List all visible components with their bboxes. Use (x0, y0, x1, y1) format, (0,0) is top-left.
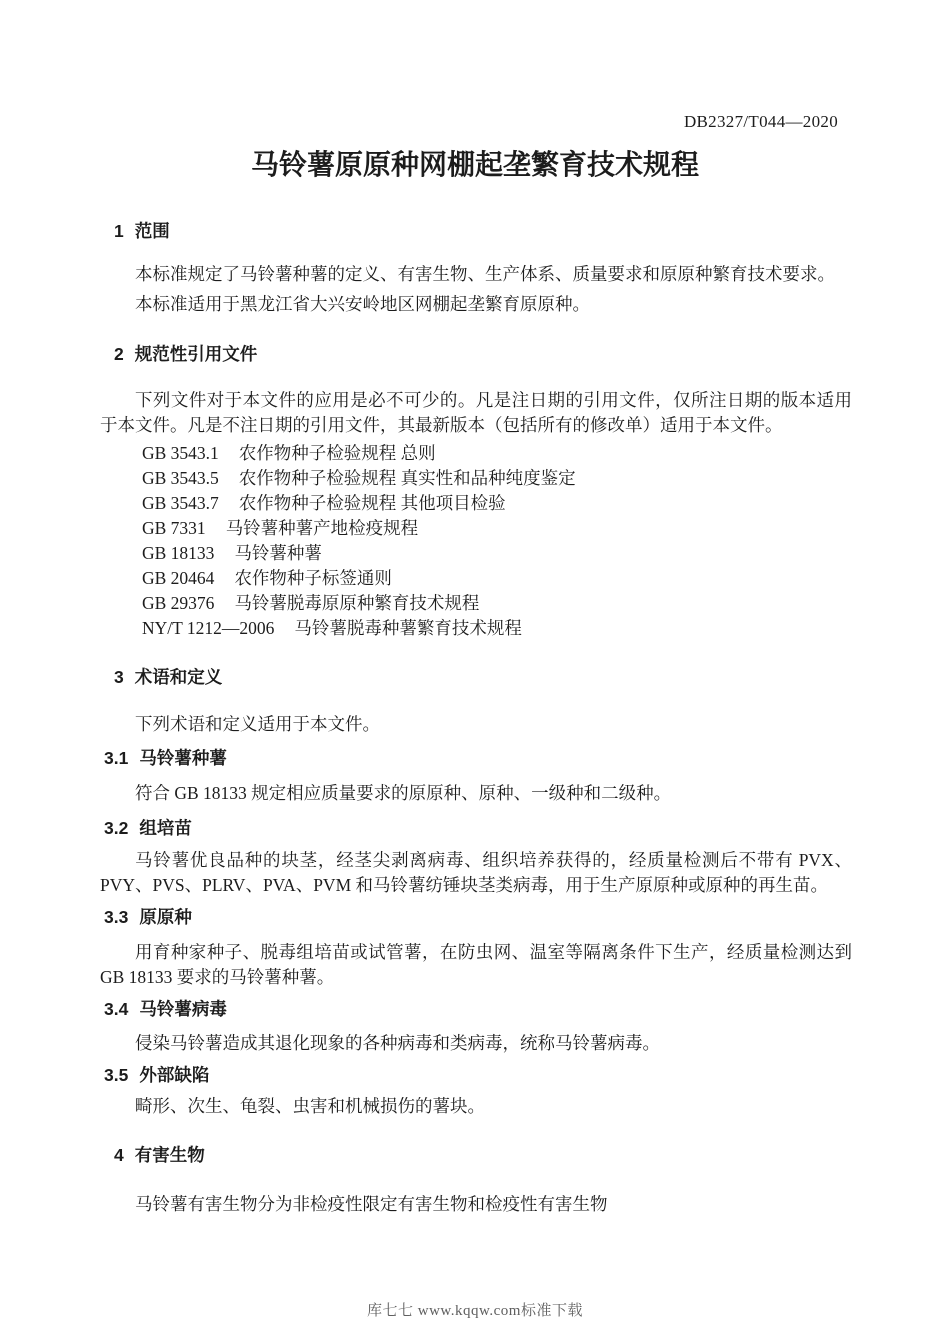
paragraph: 马铃薯优良品种的块茎，经茎尖剥离病毒、组织培养获得的，经质量检测后不带有 PVX… (100, 848, 852, 898)
reference-title: 农作物种子检验规程 真实性和品种纯度鉴定 (239, 468, 576, 488)
reference-item: GB 29376马铃薯脱毒原原种繁育技术规程 (142, 592, 479, 614)
section-3-heading: 3 术语和定义 (114, 666, 222, 689)
paragraph: 用育种家种子、脱毒组培苗或试管薯，在防虫网、温室等隔离条件下生产，经质量检测达到… (100, 940, 852, 990)
section-4-heading: 4 有害生物 (114, 1144, 205, 1167)
reference-code: GB 20464 (142, 568, 214, 588)
paragraph: 下列术语和定义适用于本文件。 (100, 712, 852, 737)
paragraph: 马铃薯有害生物分为非检疫性限定有害生物和检疫性有害生物 (100, 1192, 852, 1217)
section-3-4-heading: 3.4 马铃薯病毒 (104, 998, 227, 1021)
section-3-5-heading: 3.5 外部缺陷 (104, 1064, 209, 1087)
section-3-3-heading: 3.3 原原种 (104, 906, 192, 929)
reference-code: GB 29376 (142, 593, 214, 613)
section-title: 马铃薯病毒 (139, 998, 227, 1021)
page-title: 马铃薯原原种网棚起垄繁育技术规程 (0, 147, 950, 183)
reference-code: GB 18133 (142, 543, 214, 563)
reference-item: NY/T 1212—2006马铃薯脱毒种薯繁育技术规程 (142, 617, 522, 639)
paragraph: 下列文件对于本文件的应用是必不可少的。凡是注日期的引用文件，仅所注日期的版本适用… (100, 388, 852, 438)
section-3-2-heading: 3.2 组培苗 (104, 817, 192, 840)
section-number: 2 (114, 343, 124, 366)
watermark-footer: 库七七 www.kqqw.com标准下载 (0, 1299, 950, 1320)
doc-code: DB2327/T044—2020 (684, 112, 838, 132)
section-number: 4 (114, 1144, 124, 1167)
reference-title: 农作物种子检验规程 总则 (239, 443, 436, 463)
section-title: 外部缺陷 (139, 1064, 209, 1087)
section-number: 3.5 (104, 1064, 128, 1087)
reference-item: GB 20464农作物种子标签通则 (142, 567, 392, 589)
reference-code: GB 3543.7 (142, 493, 219, 513)
reference-title: 马铃薯脱毒种薯繁育技术规程 (294, 618, 522, 638)
section-2-heading: 2 规范性引用文件 (114, 343, 257, 366)
section-title: 范围 (135, 220, 170, 243)
reference-title: 马铃薯种薯 (234, 543, 322, 563)
paragraph: 畸形、次生、龟裂、虫害和机械损伤的薯块。 (100, 1094, 852, 1119)
reference-title: 马铃薯种薯产地检疫规程 (226, 518, 419, 538)
section-title: 规范性引用文件 (135, 343, 258, 366)
section-number: 1 (114, 220, 124, 243)
reference-code: GB 3543.5 (142, 468, 219, 488)
section-1-heading: 1 范围 (114, 220, 170, 243)
paragraph: 本标准适用于黑龙江省大兴安岭地区网棚起垄繁育原原种。 (100, 292, 852, 317)
paragraph: 符合 GB 18133 规定相应质量要求的原原种、原种、一级种和二级种。 (100, 781, 852, 806)
reference-code: GB 7331 (142, 518, 206, 538)
section-number: 3 (114, 666, 124, 689)
reference-item: GB 3543.5农作物种子检验规程 真实性和品种纯度鉴定 (142, 467, 576, 489)
paragraph: 侵染马铃薯造成其退化现象的各种病毒和类病毒，统称马铃薯病毒。 (100, 1031, 852, 1056)
section-number: 3.4 (104, 998, 128, 1021)
section-number: 3.2 (104, 817, 128, 840)
reference-title: 农作物种子检验规程 其他项目检验 (239, 493, 506, 513)
section-title: 原原种 (139, 906, 192, 929)
section-title: 有害生物 (135, 1144, 205, 1167)
section-number: 3.1 (104, 747, 128, 770)
document-page: DB2327/T044—2020 马铃薯原原种网棚起垄繁育技术规程 1 范围 本… (0, 0, 950, 1344)
section-3-1-heading: 3.1 马铃薯种薯 (104, 747, 227, 770)
reference-item: GB 3543.1农作物种子检验规程 总则 (142, 442, 436, 464)
reference-code: NY/T 1212—2006 (142, 618, 274, 638)
section-title: 术语和定义 (135, 666, 223, 689)
paragraph: 本标准规定了马铃薯种薯的定义、有害生物、生产体系、质量要求和原原种繁育技术要求。 (100, 262, 852, 287)
section-number: 3.3 (104, 906, 128, 929)
reference-item: GB 7331马铃薯种薯产地检疫规程 (142, 517, 418, 539)
reference-item: GB 3543.7农作物种子检验规程 其他项目检验 (142, 492, 506, 514)
reference-title: 马铃薯脱毒原原种繁育技术规程 (234, 593, 479, 613)
reference-code: GB 3543.1 (142, 443, 219, 463)
reference-title: 农作物种子标签通则 (234, 568, 392, 588)
section-title: 组培苗 (139, 817, 192, 840)
reference-item: GB 18133马铃薯种薯 (142, 542, 322, 564)
section-title: 马铃薯种薯 (139, 747, 227, 770)
